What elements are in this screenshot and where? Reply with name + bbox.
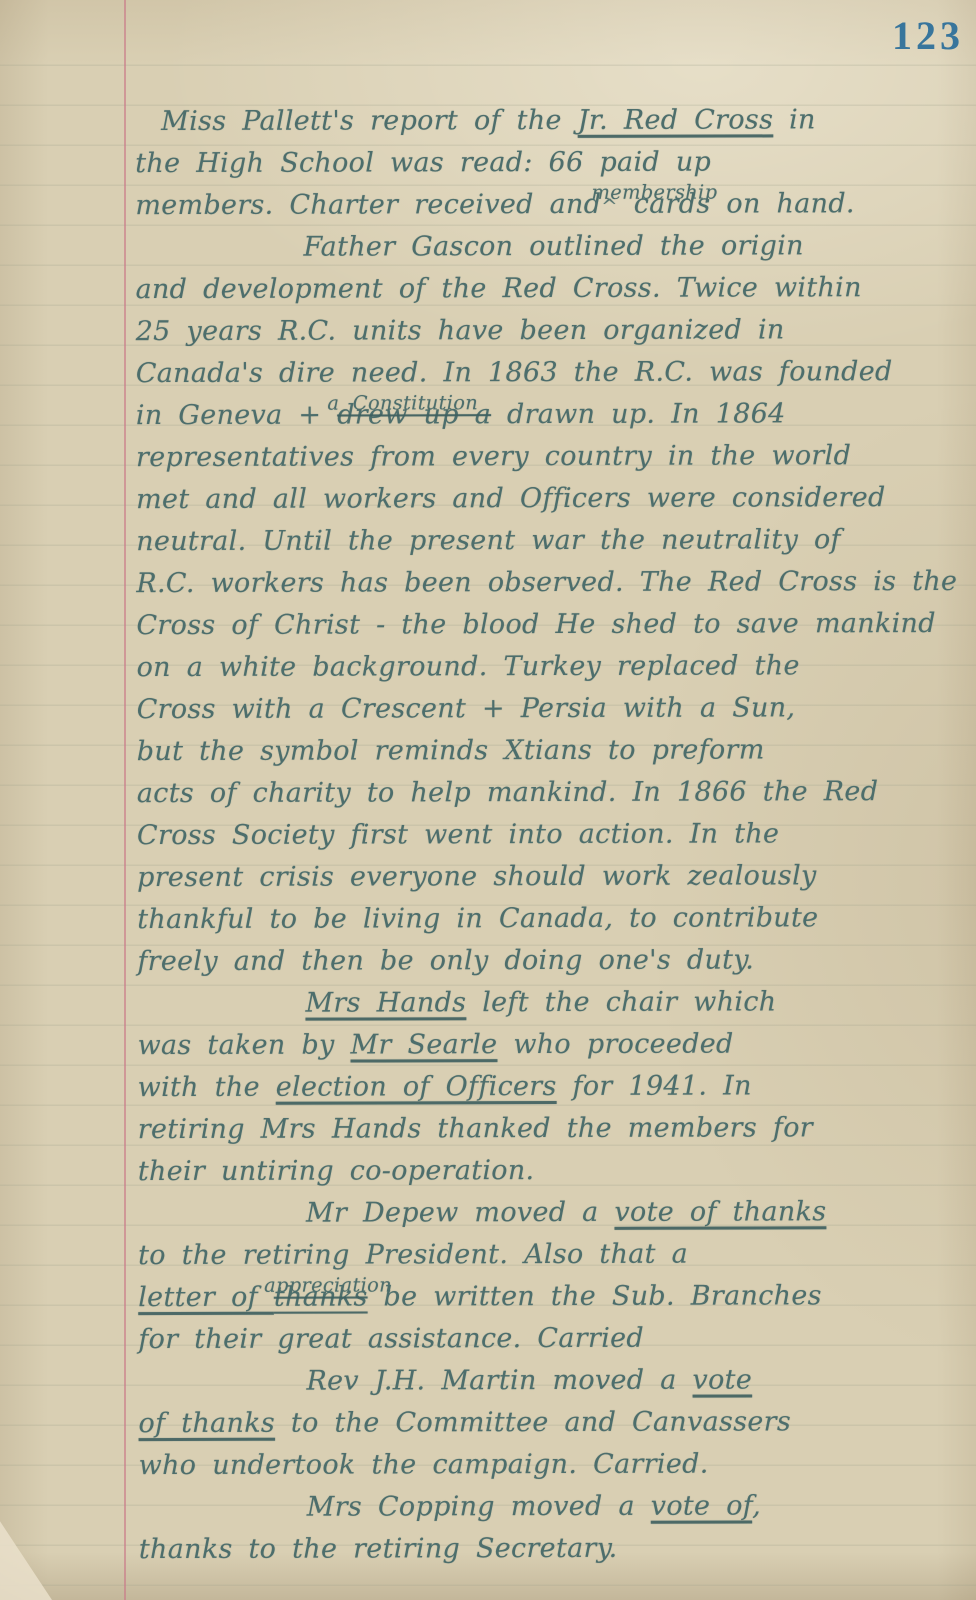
handwritten-segment: thankful to be living in Canada, to cont… xyxy=(137,902,818,935)
handwritten-segment: for their great assistance. Carried xyxy=(138,1323,644,1355)
handwritten-segment: in xyxy=(773,104,816,135)
handwritten-segment: met and all workers and Officers were co… xyxy=(136,482,886,515)
handwritten-line: R.C. workers has been observed. The Red … xyxy=(136,561,960,605)
handwritten-segment: R.C. workers has been observed. The Red … xyxy=(136,566,957,599)
handwritten-line: was taken by Mr Searle who proceeded xyxy=(137,1023,961,1067)
handwritten-segment: representatives from every country in th… xyxy=(136,440,851,473)
handwritten-segment: to the retiring President. Also that a xyxy=(138,1239,688,1271)
handwritten-segment: freely and then be only doing one's duty… xyxy=(137,944,754,977)
handwritten-segment: who undertook the campaign. Carried. xyxy=(139,1449,709,1481)
handwritten-segment-u: election of Officers xyxy=(276,1071,557,1103)
handwritten-line: thankful to be living in Canada, to cont… xyxy=(137,897,961,941)
handwritten-segment-u: vote of thanks xyxy=(614,1196,826,1228)
handwritten-line: Mrs Hands left the chair which xyxy=(137,981,961,1025)
handwritten-line: the High School was read: 66 paid up xyxy=(135,141,959,185)
handwritten-segment: , xyxy=(752,1490,761,1521)
handwritten-line: for their great assistance. Carried xyxy=(138,1317,962,1361)
handwritten-segment: on a white background. Turkey replaced t… xyxy=(137,650,800,683)
handwritten-line: who undertook the campaign. Carried. xyxy=(139,1443,963,1487)
handwritten-segment: Cross of Christ - the blood He shed to s… xyxy=(136,608,935,641)
page-number: 123 xyxy=(892,12,964,59)
handwritten-segment-caret: ^ xyxy=(601,195,618,218)
handwritten-segment-u: Mr Searle xyxy=(350,1029,497,1060)
handwritten-line: Rev J.H. Martin moved a vote xyxy=(138,1359,962,1403)
handwritten-line: letter of appreciationthanks be written … xyxy=(138,1275,962,1319)
handwritten-line: Father Gascon outlined the origin xyxy=(135,225,959,269)
handwritten-segment: thanks to the retiring Secretary. xyxy=(139,1533,618,1565)
handwritten-line: members. Charter received andmembership^… xyxy=(135,183,959,227)
handwritten-segment: drawn up. In 1864 xyxy=(491,398,786,430)
handwritten-segment: Miss Pallett's report of the xyxy=(161,105,578,137)
handwritten-segment-u: vote xyxy=(692,1364,752,1395)
handwritten-segment: acts of charity to help mankind. In 1866… xyxy=(137,776,878,809)
handwritten-segment: Mr Depew moved a xyxy=(306,1197,615,1229)
handwritten-line: thanks to the retiring Secretary. xyxy=(139,1527,963,1571)
handwritten-segment: present crisis everyone should work zeal… xyxy=(137,860,817,893)
handwritten-segment: their untiring co-operation. xyxy=(138,1155,535,1187)
handwritten-segment: the High School was read: 66 paid up xyxy=(135,147,711,180)
handwritten-line: Canada's dire need. In 1863 the R.C. was… xyxy=(136,351,960,395)
handwritten-segment: Cross Society first went into action. In… xyxy=(137,818,779,851)
handwritten-segment: retiring Mrs Hands thanked the members f… xyxy=(138,1112,813,1145)
handwritten-line: in Geneva + a Constitutiondrew up a draw… xyxy=(136,393,960,437)
handwritten-line: present crisis everyone should work zeal… xyxy=(137,855,961,899)
handwritten-segment: for 1941. In xyxy=(557,1070,752,1102)
handwritten-segment: Father Gascon outlined the origin xyxy=(303,230,803,262)
handwritten-line: on a white background. Turkey replaced t… xyxy=(137,645,961,689)
handwritten-line: representatives from every country in th… xyxy=(136,435,960,479)
handwritten-line: Cross with a Crescent + Persia with a Su… xyxy=(137,687,961,731)
handwritten-segment: was taken by xyxy=(138,1030,351,1062)
handwritten-line: met and all workers and Officers were co… xyxy=(136,477,960,521)
handwritten-segment: members. Charter received and xyxy=(135,189,601,221)
handwritten-segment-u: letter of xyxy=(138,1282,274,1313)
handwritten-segment-u: vote of xyxy=(651,1490,752,1521)
handwritten-line: Mr Depew moved a vote of thanks xyxy=(138,1191,962,1235)
handwritten-segment: neutral. Until the present war the neutr… xyxy=(136,524,841,557)
handwritten-segment: in Geneva + xyxy=(136,400,337,432)
handwritten-segment-u: Jr. Red Cross xyxy=(578,104,774,136)
handwritten-segment-u: Mrs Hands xyxy=(305,987,466,1018)
handwritten-segment: Canada's dire need. In 1863 the R.C. was… xyxy=(136,356,893,389)
handwritten-line: and development of the Red Cross. Twice … xyxy=(136,267,960,311)
handwritten-segment: 25 years R.C. units have been organized … xyxy=(136,314,785,347)
handwritten-line: Cross Society first went into action. In… xyxy=(137,813,961,857)
handwritten-segment: who proceeded xyxy=(497,1029,733,1061)
handwritten-line: of thanks to the Committee and Canvasser… xyxy=(138,1401,962,1445)
handwritten-line: retiring Mrs Hands thanked the members f… xyxy=(138,1107,962,1151)
handwritten-line: to the retiring President. Also that a xyxy=(138,1233,962,1277)
handwritten-line: but the symbol reminds Xtians to preform xyxy=(137,729,961,773)
handwritten-segment: left the chair which xyxy=(466,986,776,1018)
handwritten-line: Cross of Christ - the blood He shed to s… xyxy=(136,603,960,647)
handwritten-minutes-text: Miss Pallett's report of the Jr. Red Cro… xyxy=(135,99,963,1571)
handwritten-line: acts of charity to help mankind. In 1866… xyxy=(137,771,961,815)
handwritten-line: neutral. Until the present war the neutr… xyxy=(136,519,960,563)
handwritten-line: Mrs Copping moved a vote of, xyxy=(139,1485,963,1529)
handwritten-segment: Mrs Copping moved a xyxy=(307,1491,651,1523)
handwritten-line: 25 years R.C. units have been organized … xyxy=(136,309,960,353)
handwritten-line: Miss Pallett's report of the Jr. Red Cro… xyxy=(135,99,959,143)
handwritten-segment: Rev J.H. Martin moved a xyxy=(306,1365,692,1397)
handwritten-segment: to the Committee and Canvassers xyxy=(275,1406,791,1438)
handwritten-segment: but the symbol reminds Xtians to preform xyxy=(137,734,765,767)
handwritten-line: their untiring co-operation. xyxy=(138,1149,962,1193)
handwritten-segment-u: of thanks xyxy=(138,1408,275,1439)
handwritten-segment: and development of the Red Cross. Twice … xyxy=(136,272,862,305)
margin-rule-line xyxy=(124,0,126,1600)
handwritten-segment: with the xyxy=(138,1072,276,1103)
handwritten-line: freely and then be only doing one's duty… xyxy=(137,939,961,983)
handwritten-segment: be written the Sub. Branches xyxy=(368,1280,822,1312)
handwritten-line: with the election of Officers for 1941. … xyxy=(138,1065,962,1109)
handwritten-segment: Cross with a Crescent + Persia with a Su… xyxy=(137,692,796,725)
